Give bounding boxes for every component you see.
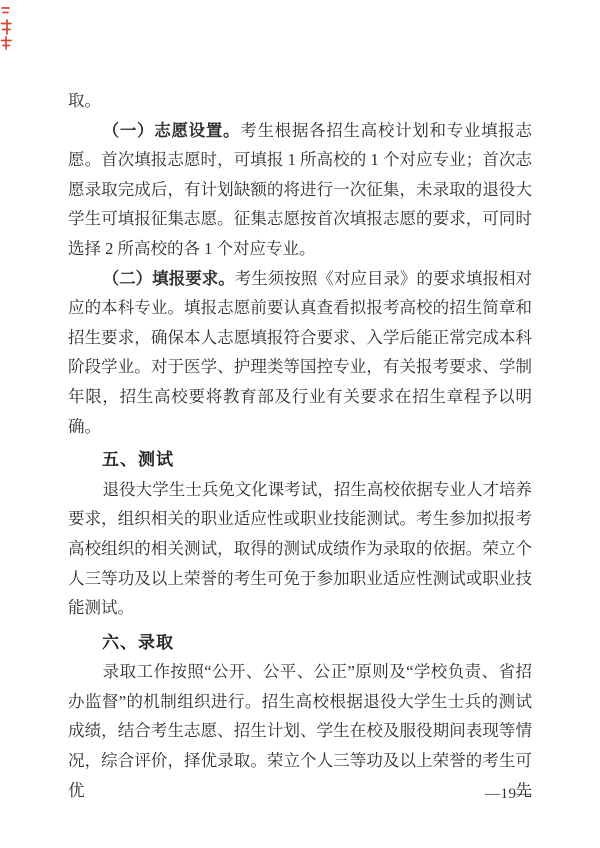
heading-section-6-admission: 六、录取 (68, 628, 532, 658)
document-page: 取。 （一）志愿设置。考生根据各招生高校计划和专业填报志愿。首次填报志愿时，可填… (0, 0, 600, 848)
document-body: 取。 （一）志愿设置。考生根据各招生高校计划和专业填报志愿。首次填报志愿时，可填… (68, 86, 532, 805)
paragraph-text: 录取工作按照“公开、公平、公正”原则及“学校负责、省招办监督”的机制组织进行。招… (68, 662, 532, 799)
paragraph-text: 考生须按照《对应目录》的要求填报相对应的本科专业。填报志愿前要认真查看拟报考高校… (68, 269, 532, 436)
paragraph-lead: （一）志愿设置。 (103, 121, 241, 140)
paragraph-lead: （二）填报要求。 (103, 269, 235, 288)
paragraph-volunteer-setup: （一）志愿设置。考生根据各招生高校计划和专业填报志愿。首次填报志愿时，可填报 1… (68, 116, 532, 264)
page-number: —19— (485, 786, 532, 802)
paragraph-admission: 录取工作按照“公开、公平、公正”原则及“学校负责、省招办监督”的机制组织进行。招… (68, 657, 532, 805)
paragraph-text: 退役大学生士兵免文化课考试，招生高校依据专业人才培养要求，组织相关的职业适应性或… (68, 480, 532, 617)
paragraph-continuation: 取。 (68, 86, 532, 116)
paragraph-filling-requirements: （二）填报要求。考生须按照《对应目录》的要求填报相对应的本科专业。填报志愿前要认… (68, 264, 532, 442)
red-seal-edge-fragments-icon (0, 3, 13, 51)
continuation-text: 取。 (68, 91, 101, 110)
heading-section-5-test: 五、测试 (68, 445, 532, 475)
paragraph-text: 考生根据各招生高校计划和专业填报志愿。首次填报志愿时，可填报 1 所高校的 1 … (68, 121, 532, 258)
paragraph-test: 退役大学生士兵免文化课考试，招生高校依据专业人才培养要求，组织相关的职业适应性或… (68, 475, 532, 623)
